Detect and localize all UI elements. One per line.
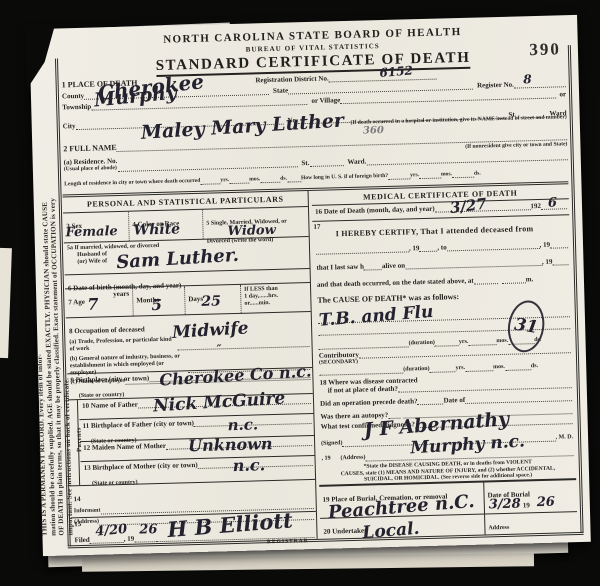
- fill-line: [465, 368, 493, 372]
- fill-line: [452, 175, 474, 179]
- yrs-label-2: yrs.: [410, 173, 419, 180]
- duration2-mos: mos.: [493, 364, 505, 371]
- burial-date-cell: Date of Burial 3/28 19 26: [484, 480, 577, 513]
- 19-label-c: , 19: [542, 258, 553, 266]
- registrar-label: REGISTRAR: [267, 538, 309, 545]
- county-label: County: [62, 92, 84, 101]
- undertaker-address-label: Address: [488, 525, 509, 532]
- occupation-label: 8 Occupation of deceased: [69, 325, 145, 335]
- medical-certificate-column: MEDICAL CERTIFICATE OF DEATH 16 Date of …: [309, 184, 578, 539]
- death-certificate-sheet: THIS IS A PERMANENT RECORD. Every item o…: [29, 15, 591, 556]
- occupation-industry-value: ″: [216, 342, 221, 355]
- age-label: 7 Age: [68, 298, 85, 306]
- years-label: years: [113, 290, 129, 298]
- ds-label-2: ds.: [474, 171, 481, 178]
- fill-line: [364, 267, 382, 270]
- fill-line: [505, 367, 531, 371]
- or-label: or: [559, 90, 566, 98]
- registration-district-value: 6152: [379, 63, 413, 80]
- burial-19-label: 19: [523, 501, 530, 509]
- residence-label-block: (a) Residence. No. (Usual place of abode…: [64, 157, 118, 173]
- duration2-ds: ds.: [531, 363, 538, 370]
- fill-line: [465, 398, 572, 404]
- scanner-background: { "num": "390", "margin": { "l1": "THIS …: [0, 0, 600, 586]
- race-value: White: [133, 221, 180, 238]
- undertaker-value: Local.: [362, 519, 420, 543]
- fill-line: [405, 263, 542, 270]
- father-birthplace-value: n.c.: [227, 415, 258, 434]
- age-years-value: 7: [87, 295, 99, 314]
- fill-line: [474, 281, 498, 285]
- certify-statement: I HEREBY CERTIFY, That I attended deceas…: [336, 223, 568, 238]
- operation-row: Did an operation precede death? Date of: [320, 393, 572, 408]
- fill-line: [447, 246, 540, 251]
- marital-cell: 5 Single, Married, Widowed, or Divorced …: [203, 207, 309, 239]
- state-label: State: [273, 87, 288, 95]
- father-birthplace-label: 11 Birthplace of Father (city or town): [82, 419, 194, 430]
- duration-label-2: (duration): [403, 366, 430, 374]
- contributory-label: Contributory: [319, 351, 359, 360]
- fill-line: [309, 163, 343, 167]
- name-stamp: 360: [363, 125, 384, 137]
- fill-line: [316, 249, 409, 254]
- md-label: , M. D.: [555, 434, 573, 441]
- or-village-label: or Village: [311, 96, 340, 105]
- parents-block: Parents 10 Name of Father Nick McGuire 1…: [68, 394, 315, 486]
- mother-birthplace-value: n.c.: [232, 455, 265, 475]
- last-saw-row: that I last saw h alive on , 19: [316, 257, 568, 272]
- fill-line: [260, 180, 280, 184]
- register-no-value: 8: [523, 72, 532, 86]
- fill-line: [200, 181, 220, 185]
- certificate-number: 390: [529, 39, 561, 60]
- length-residence-label: Length of residence in city or town wher…: [64, 178, 200, 188]
- sex-cell: 3 Sex Female: [63, 212, 130, 243]
- mother-birthplace-row: 13 Birthplace of Mother (city or town): [84, 458, 313, 472]
- age-months-cell: Months 5: [133, 286, 186, 315]
- fill-line: [418, 402, 444, 406]
- city-label: City: [63, 122, 76, 130]
- row-filed: 15 Filed , 19 4/20 26 H B Elliott REGIST…: [71, 512, 317, 545]
- age-days-cell: Days 25: [185, 285, 242, 314]
- race-cell: 4 Color or Race White: [129, 210, 204, 241]
- filed-year-value: 26: [139, 522, 157, 537]
- abode-note: (Usual place of abode): [64, 165, 118, 173]
- death-occurred-row: and that death occurred, on the date sta…: [317, 274, 569, 289]
- certify-block: 17 I HEREBY CERTIFY, That I attended dec…: [312, 215, 572, 350]
- cause-of-death-value: T.B. and Flu: [318, 302, 434, 331]
- age-months-value: 5: [151, 296, 162, 314]
- row-mother-birthplace: 13 Birthplace of Mother (city or town) (…: [81, 456, 315, 484]
- fill-line: [178, 344, 310, 350]
- birthplace-state-label: (State or country): [79, 392, 125, 399]
- yrs-label: yrs.: [220, 177, 229, 184]
- township-label: Township: [62, 103, 91, 112]
- age-days-value: 25: [201, 293, 221, 310]
- date-of-label: Date of: [443, 396, 465, 405]
- mother-maiden-value: Unknown: [188, 434, 273, 455]
- fill-line: [134, 539, 156, 543]
- residence-st-label: St.: [301, 159, 309, 167]
- fill-line: [287, 179, 301, 182]
- mother-maiden-label: 12 Maiden Name of Mother: [83, 442, 166, 452]
- 19-label-a: , 19: [409, 244, 420, 252]
- attended-dates-row: , 19 , to , 19: [316, 240, 568, 255]
- less-than-day-cell: If LESS than 1 day,......hrs. or......mi…: [241, 283, 311, 313]
- father-name-label: 10 Name of Father: [82, 401, 138, 411]
- filed-date-value: 4/20: [95, 522, 128, 540]
- stacked-sheet-edge-left: [0, 248, 12, 358]
- undertaker-label: 20 Undertaker: [323, 527, 367, 536]
- filed-label: Filed: [74, 536, 89, 544]
- certificate-form: NORTH CAROLINA STATE BOARD OF HEALTH BUR…: [58, 15, 579, 545]
- not-at-place-label: if not at place of death?: [328, 385, 398, 395]
- fill-line: [419, 176, 441, 180]
- signed-label: (Signed): [321, 440, 343, 447]
- to-label: , to: [437, 243, 447, 251]
- undertaker-address-cell: Address: [485, 512, 577, 534]
- residence-ward-label: Ward.: [347, 158, 366, 167]
- occupation-trade-label: (a) Trade, Profession, or particular kin…: [69, 336, 177, 353]
- birthplace-label: 9 Birthplace (city or town): [70, 374, 149, 384]
- burial-place-cell: 19 Place of Burial, Cremation, or remova…: [319, 482, 485, 517]
- informant-number: 14: [73, 495, 80, 503]
- last-saw-label: that I last saw h: [316, 263, 364, 272]
- fill-line: [430, 369, 456, 373]
- fill-line: [550, 245, 568, 248]
- mos-label-2: mos.: [441, 172, 452, 179]
- informant-label: Informant: [74, 508, 101, 516]
- operation-label: Did an operation precede death?: [320, 397, 418, 408]
- fill-line: [398, 385, 572, 393]
- mother-birthplace-label: 13 Birthplace of Mother (city or town): [84, 461, 198, 472]
- certificate-columns: PERSONAL AND STATISTICAL PARTICULARS 3 S…: [63, 181, 578, 545]
- register-no-label: Register No.: [477, 81, 514, 90]
- alive-on-label: alive on: [382, 262, 405, 271]
- burial-date-value: 3/28: [489, 497, 521, 513]
- sex-value: Female: [65, 224, 118, 240]
- item-17-number: 17: [313, 223, 320, 231]
- full-name-label: 2 FULL NAME: [63, 143, 117, 153]
- burial-year-value: 26: [537, 495, 555, 510]
- how-long-us-label: How long in U. S. if of foreign birth?: [301, 173, 388, 182]
- fill-line: [502, 280, 526, 284]
- fill-line: [514, 84, 566, 88]
- date-of-death-label: 16 Date of Death (month, day, and year): [315, 204, 435, 215]
- 19-label-b: , 19: [539, 241, 550, 249]
- fill-line: [552, 262, 568, 265]
- father-birthplace-row: 11 Birthplace of Father (city or town): [82, 416, 311, 430]
- duration2-yrs: yrs.: [455, 365, 465, 372]
- death-year-value: 6: [548, 195, 557, 210]
- signature-block: What test confirmed diagnosis? (Signed) …: [318, 414, 576, 463]
- place-of-death-section: 1 PLACE OF DEATH Registration District N…: [62, 67, 569, 191]
- death-occurred-label: and that death occurred, on the date sta…: [317, 277, 474, 289]
- marital-value: Widow: [227, 223, 276, 239]
- m-label: m.: [526, 275, 534, 283]
- date-of-death-value: 3/27: [449, 194, 488, 217]
- fill-line: [419, 249, 437, 252]
- fill-line: [90, 540, 124, 544]
- registration-district-label: Registration District No.: [255, 74, 328, 84]
- mos-label: mos.: [249, 177, 260, 184]
- personal-particulars-column: PERSONAL AND STATISTICAL PARTICULARS 3 S…: [63, 191, 318, 545]
- printed-192: 192: [530, 202, 541, 210]
- fill-line: [388, 176, 410, 180]
- fill-line: [229, 181, 249, 185]
- age-years-cell: 7 Age years 7: [65, 288, 134, 318]
- less-than-line3: or......min.: [244, 299, 308, 308]
